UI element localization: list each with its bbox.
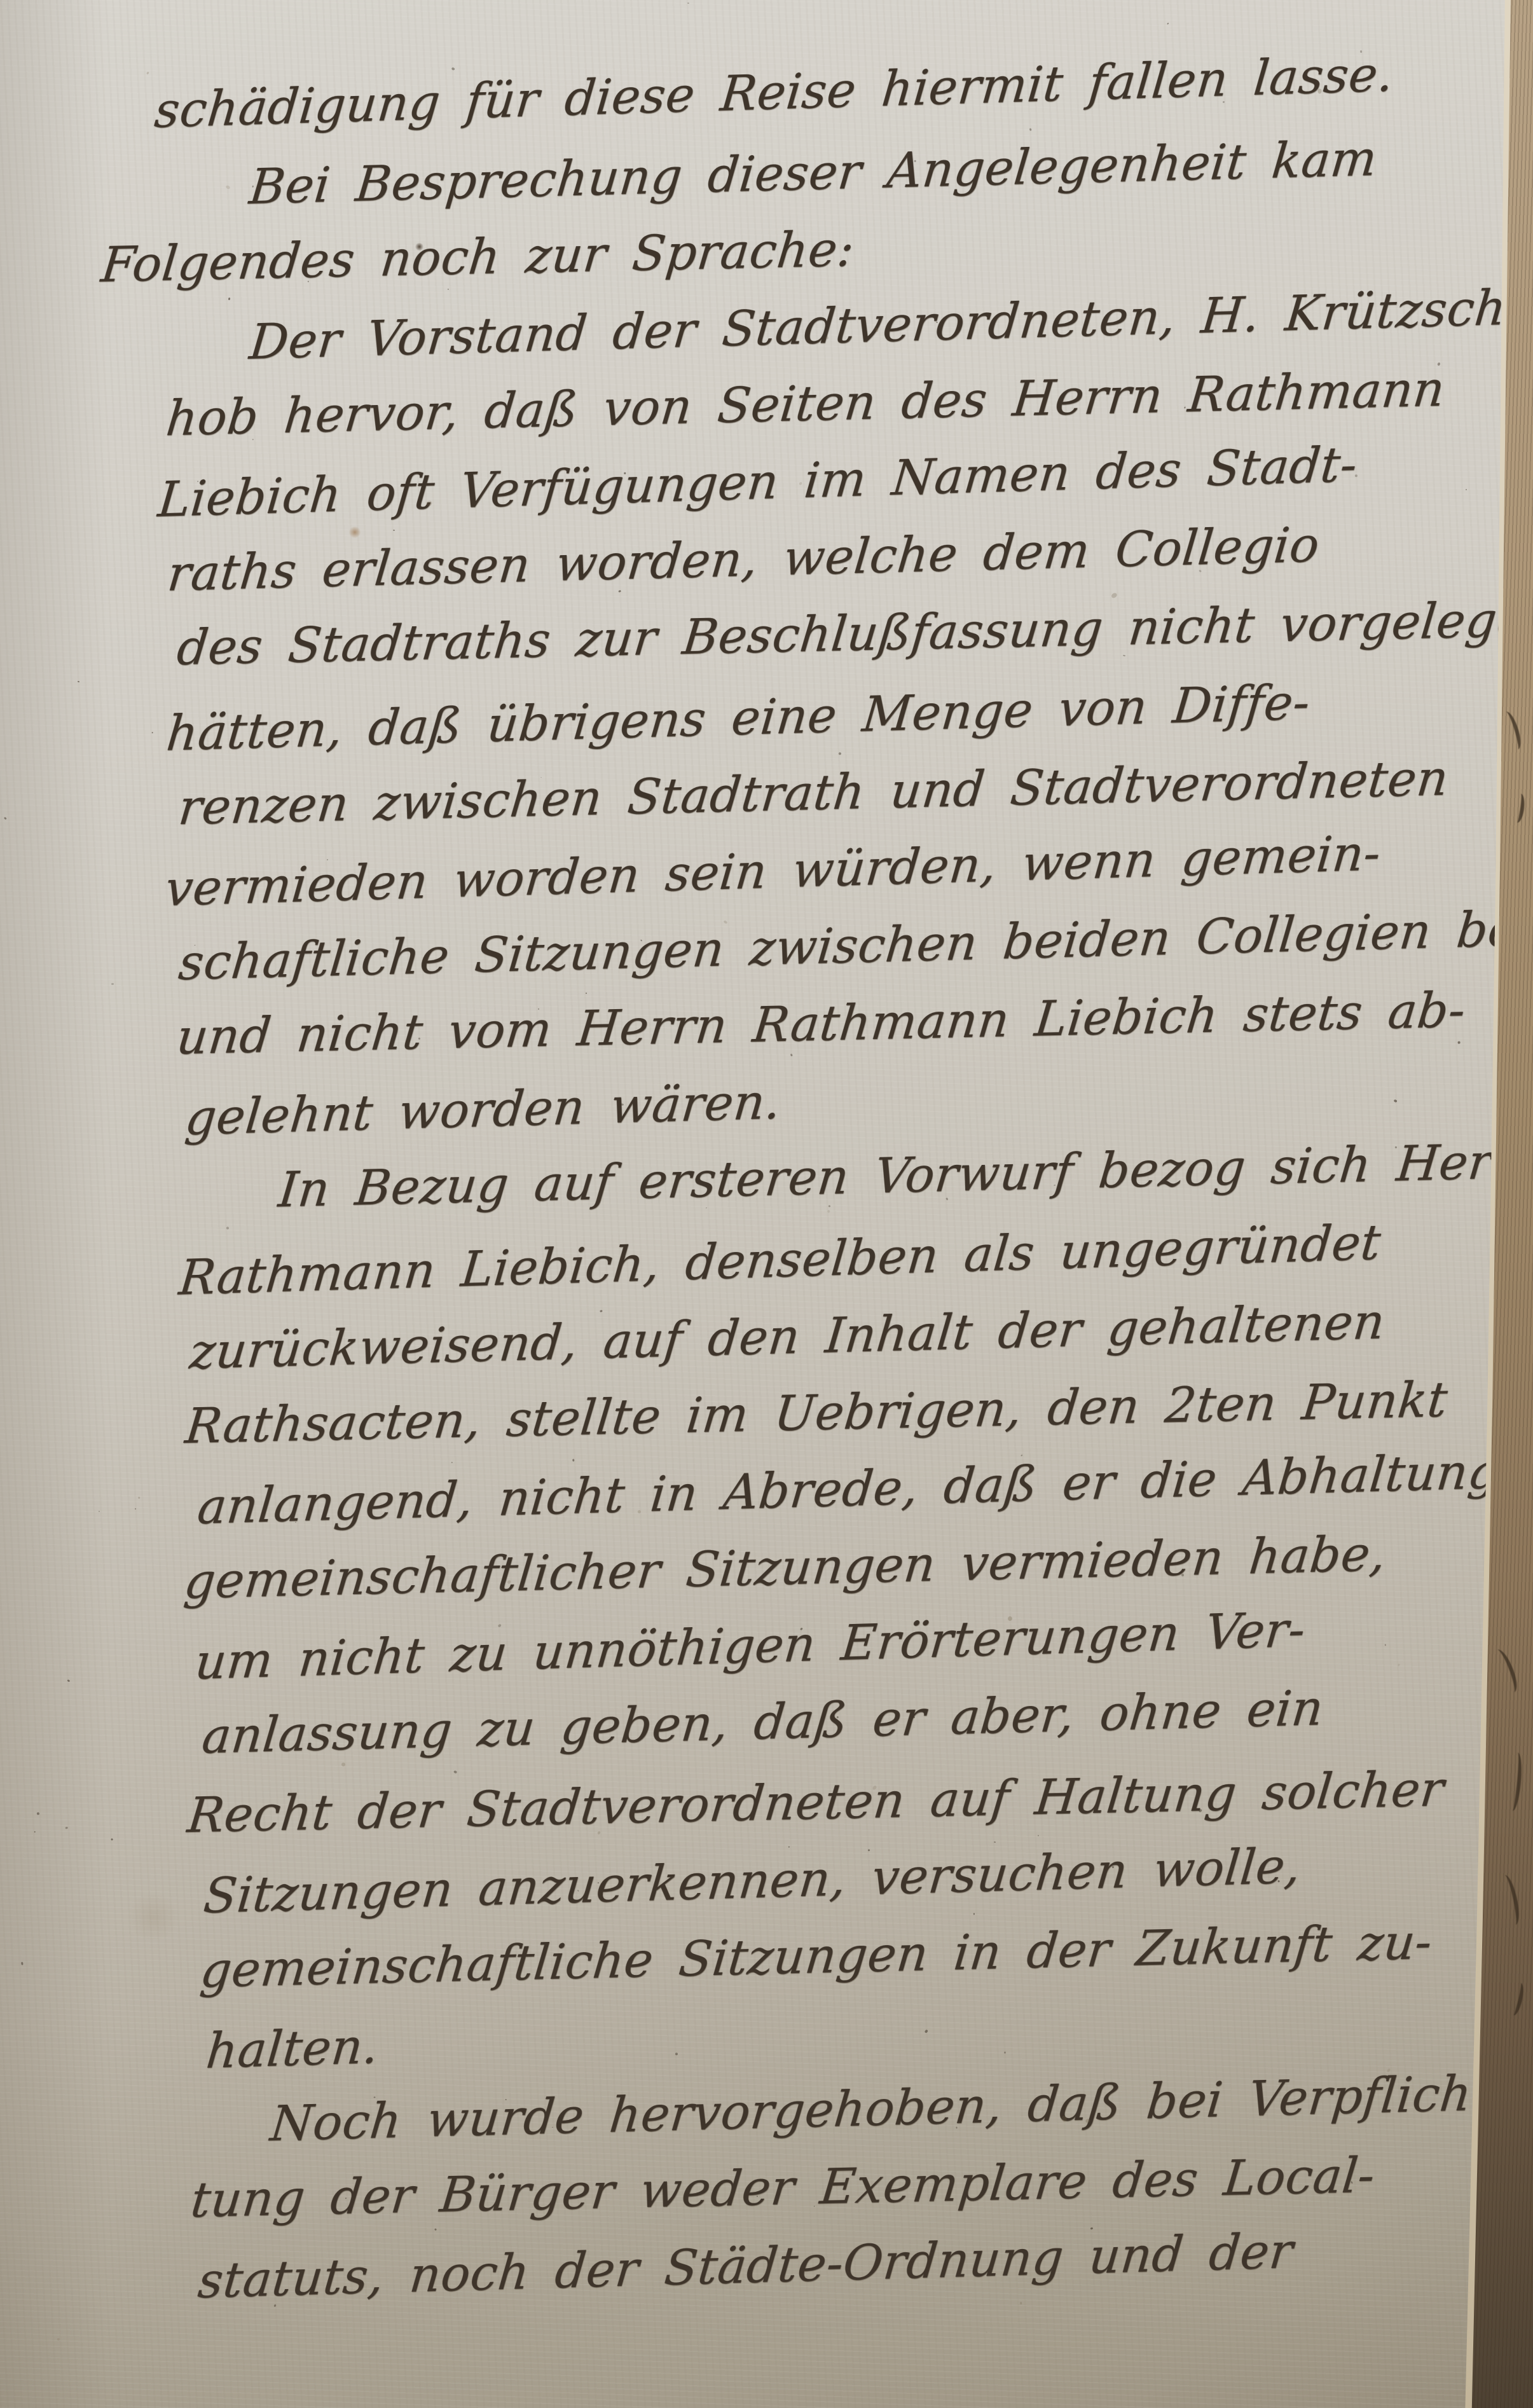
handwritten-line-text: halten. [203,2007,382,2090]
paper-speck [1020,2301,1022,2304]
page-stack-edge [1450,0,1533,2408]
manuscript-photo: schädigung für diese Reise hiermit falle… [0,0,1533,2408]
paper-speck [985,2332,987,2334]
handwriting-block: schädigung für diese Reise hiermit falle… [0,0,1533,2325]
